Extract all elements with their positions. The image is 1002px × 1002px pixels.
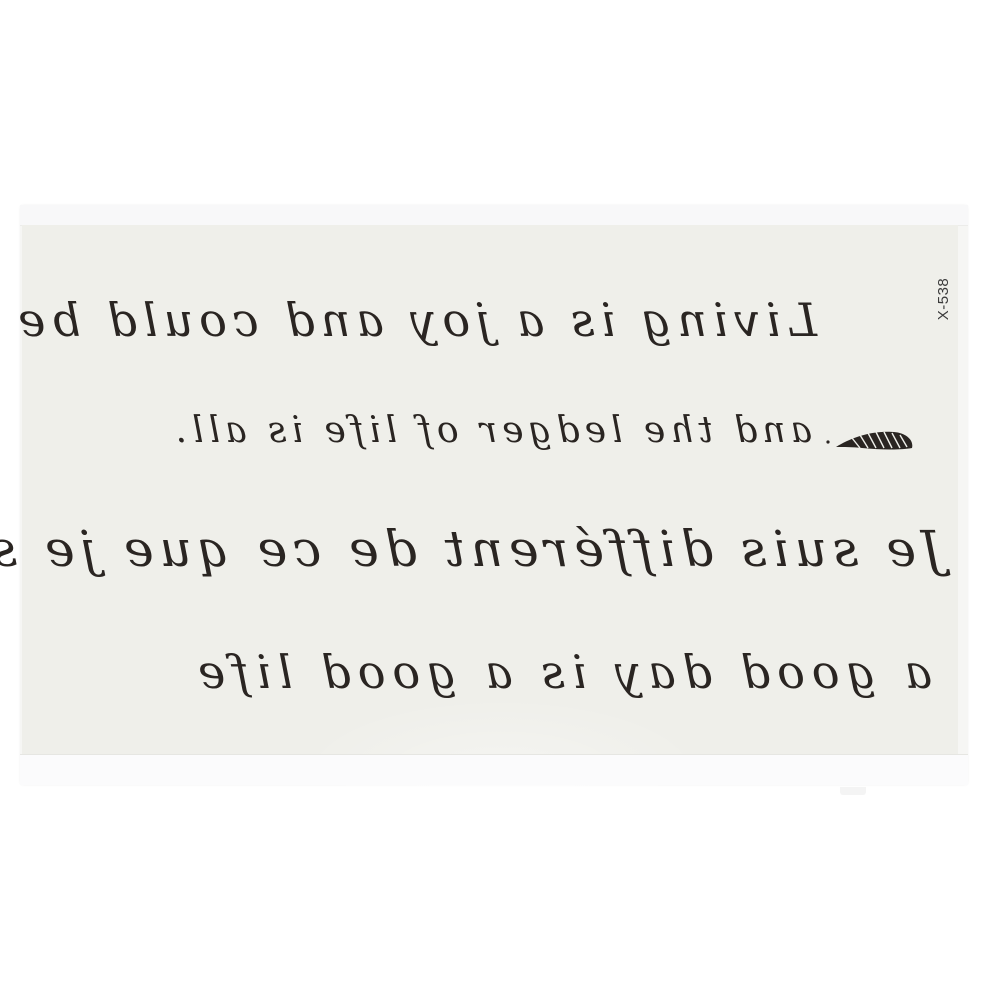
script-line-4: a good day is a good life bbox=[62, 645, 932, 699]
tattoo-sheet: X-538 Living is a joy and could be as an… bbox=[20, 205, 968, 785]
script-line-3: Je suis différent de ce que je suis bbox=[52, 520, 942, 578]
tattoo-paper: X-538 Living is a joy and could be as an… bbox=[22, 225, 958, 755]
film-tab bbox=[840, 787, 866, 795]
film-edge-bottom bbox=[20, 754, 968, 785]
feather-icon bbox=[822, 420, 917, 460]
product-code: X-538 bbox=[935, 269, 955, 329]
script-line-1: Living is a joy and could be as bbox=[77, 293, 817, 347]
film-edge-top bbox=[20, 205, 968, 226]
script-line-2: and the ledger of life is all. bbox=[62, 410, 812, 451]
